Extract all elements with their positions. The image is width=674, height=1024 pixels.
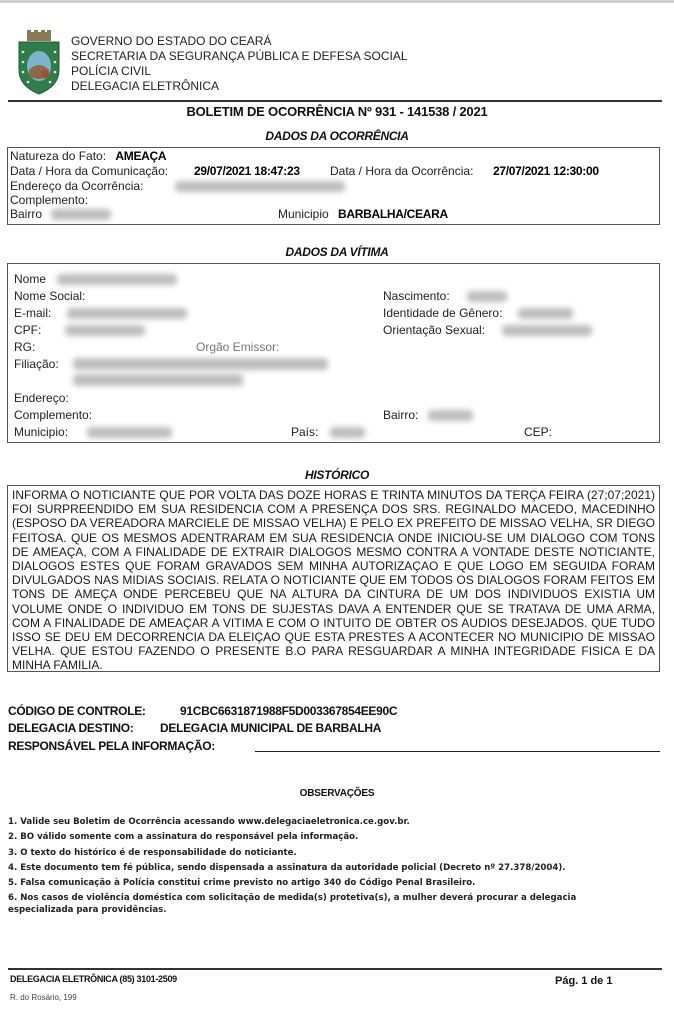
observacao-item: 3. O texto do histórico é de responsabil… (8, 846, 658, 861)
nascimento-label: Nascimento: (383, 289, 450, 303)
bairro-vitima-label: Bairro: (383, 408, 418, 422)
observacao-item: 1. Valide seu Boletim de Ocorrência aces… (8, 815, 658, 830)
historico-text: INFORMA O NOTICIANTE QUE POR VOLTA DAS D… (12, 488, 655, 673)
observacoes-list: 1. Valide seu Boletim de Ocorrência aces… (8, 815, 658, 916)
redacted-filiacao-2 (73, 374, 243, 386)
data-ocorrencia-label: Data / Hora da Ocorrência: (330, 164, 473, 178)
rg-label: RG: (14, 340, 35, 354)
org-line-government: GOVERNO DO ESTADO DO CEARÁ (71, 34, 408, 49)
data-ocorrencia-value: 27/07/2021 12:30:00 (493, 164, 599, 178)
delegacia-destino-label: DELEGACIA DESTINO: (8, 721, 134, 735)
page-number: Pág. 1 de 1 (555, 975, 612, 987)
municipio-ocorrencia-value: BARBALHA/CEARA (338, 207, 448, 221)
observacoes-title: OBSERVAÇÕES (0, 788, 674, 799)
natureza-label: Natureza do Fato: (10, 149, 106, 163)
document-title: BOLETIM DE OCORRÊNCIA Nº 931 - 141538 / … (0, 104, 674, 119)
footer-address: R. do Rosário, 199 (10, 993, 77, 1002)
data-comunicacao-label: Data / Hora da Comunicação: (10, 164, 168, 178)
nascimento-row: Nascimento: (383, 289, 507, 303)
section-title-historico: HISTÓRICO (0, 468, 674, 482)
observacao-item: 2. BO válido somente com a assinatura do… (8, 830, 658, 845)
data-comunicacao-row: Data / Hora da Comunicação: (10, 164, 168, 178)
org-line-delegacia: DELEGACIA ELETRÔNICA (71, 79, 408, 94)
filiacao-row: Filiação: (14, 357, 59, 371)
natureza-row: Natureza do Fato: AMEAÇA (10, 149, 166, 163)
genero-row: Identidade de Gênero: (383, 306, 573, 320)
document-header: GOVERNO DO ESTADO DO CEARÁ SECRETARIA DA… (12, 30, 662, 100)
bairro-vitima-row: Bairro: (383, 408, 473, 422)
complemento-vitima-label: Complemento: (14, 408, 92, 422)
redacted-genero (518, 308, 573, 319)
header-divider (8, 100, 662, 102)
cpf-label: CPF: (14, 323, 41, 337)
municipio-vitima-row: Municipio: (14, 425, 172, 439)
ceara-coat-of-arms-icon (14, 30, 64, 96)
natureza-value: AMEAÇA (115, 149, 166, 163)
vitima-box: Nome Nome Social: E-mail: CPF: RG: Orgão… (7, 263, 660, 443)
cpf-row: CPF: (14, 323, 145, 337)
complemento-ocorrencia-label: Complemento: (10, 193, 88, 207)
org-line-police: POLÍCIA CIVIL (71, 64, 408, 79)
pais-label: País: (291, 425, 318, 439)
pais-row: País: (291, 425, 365, 439)
redacted-cpf (65, 325, 145, 336)
bairro-ocorrencia-row: Bairro (10, 207, 111, 221)
redacted-pais (330, 427, 365, 438)
redacted-filiacao-1 (73, 358, 328, 370)
delegacia-destino-value: DELEGACIA MUNICIPAL DE BARBALHA (160, 721, 381, 735)
nome-label: Nome (14, 272, 46, 286)
redacted-bairro-vitima (428, 410, 473, 421)
footer-delegacia-phone: DELEGACIA ELETRÔNICA (85) 3101-2509 (10, 974, 177, 984)
codigo-controle-value: 91CBC6631871988F5D003367854EE90C (180, 704, 397, 718)
redacted-email (67, 308, 187, 319)
filiacao-label: Filiação: (14, 357, 59, 371)
image-top-edge (0, 0, 674, 3)
endereco-vitima-label: Endereço: (14, 391, 69, 405)
redacted-municipio (87, 427, 172, 438)
signature-line (255, 751, 660, 752)
cep-label: CEP: (524, 425, 552, 439)
redacted-bairro (51, 209, 111, 220)
redacted-nascimento (467, 291, 507, 302)
org-line-secretariat: SECRETARIA DA SEGURANÇA PÚBLICA E DEFESA… (71, 49, 408, 64)
responsavel-label: RESPONSÁVEL PELA INFORMAÇÃO: (8, 739, 215, 753)
section-title-ocorrencia: DADOS DA OCORRÊNCIA (0, 129, 674, 143)
redacted-nome (57, 274, 177, 285)
observacao-item: 5. Falsa comunicação à Polícia constitui… (8, 876, 658, 891)
redacted-orientacao (502, 325, 592, 336)
footer-divider (8, 968, 662, 970)
nome-row: Nome (14, 272, 177, 286)
historico-box: INFORMA O NOTICIANTE QUE POR VOLTA DAS D… (7, 485, 660, 672)
bairro-ocorrencia-label: Bairro (10, 207, 42, 221)
municipio-vitima-label: Municipio: (14, 425, 68, 439)
nome-social-label: Nome Social: (14, 289, 85, 303)
orientacao-row: Orientação Sexual: (383, 323, 592, 337)
observacao-item: 4. Este documento tem fé pública, sendo … (8, 861, 658, 876)
redacted-endereco (175, 181, 345, 192)
data-comunicacao-value: 29/07/2021 18:47:23 (194, 164, 300, 178)
organization-name: GOVERNO DO ESTADO DO CEARÁ SECRETARIA DA… (71, 34, 408, 94)
endereco-ocorrencia-label: Endereço da Ocorrência: (10, 179, 143, 193)
orientacao-label: Orientação Sexual: (383, 323, 485, 337)
ocorrencia-box: Natureza do Fato: AMEAÇA Data / Hora da … (7, 147, 660, 225)
genero-label: Identidade de Gênero: (383, 306, 502, 320)
orgao-emissor-label: Orgão Emissor: (196, 340, 279, 354)
municipio-ocorrencia-label: Municipio (278, 207, 329, 221)
endereco-ocorrencia-row: Endereço da Ocorrência: (10, 179, 345, 193)
municipio-ocorrencia-row: Municipio BARBALHA/CEARA (278, 207, 448, 221)
email-row: E-mail: (14, 306, 187, 320)
email-label: E-mail: (14, 306, 51, 320)
codigo-controle-row: CÓDIGO DE CONTROLE: (8, 704, 146, 718)
codigo-controle-label: CÓDIGO DE CONTROLE: (8, 704, 146, 718)
section-title-vitima: DADOS DA VÍTIMA (0, 245, 674, 259)
